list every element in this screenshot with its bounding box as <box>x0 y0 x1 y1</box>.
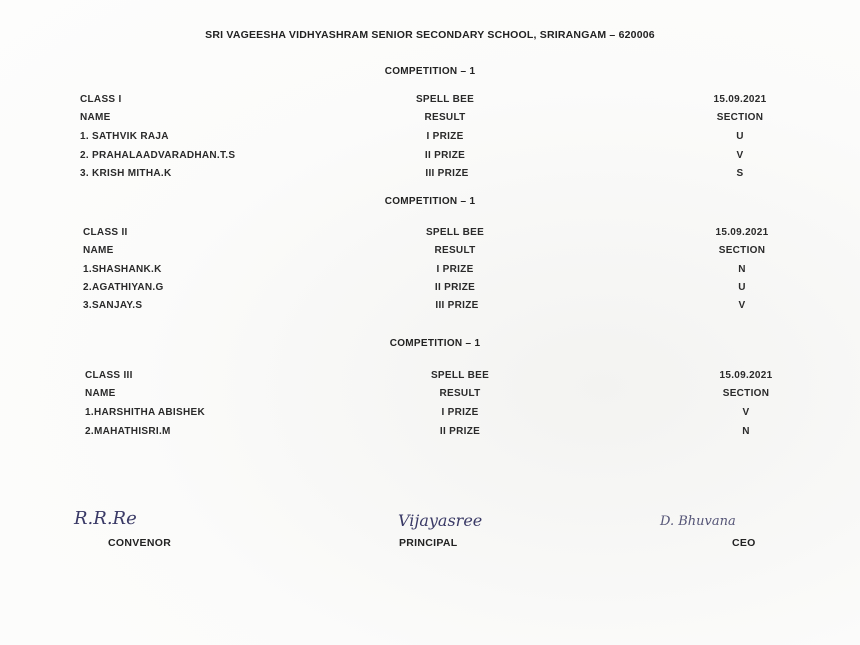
column-header-name: NAME <box>80 112 111 123</box>
column-header-row: NAME RESULT SECTION <box>0 388 860 402</box>
section: U <box>682 282 802 293</box>
section: N <box>682 264 802 275</box>
prize: III PRIZE <box>367 168 527 179</box>
ceo-signature: D. Bhuvana <box>660 514 736 529</box>
result-row: 3. KRISH MITHA.K III PRIZE S <box>0 168 860 182</box>
student-name: 3.SANJAY.S <box>83 300 142 311</box>
prize: I PRIZE <box>365 131 525 142</box>
result-row: 1. SATHVIK RAJA I PRIZE U <box>0 131 860 145</box>
ceo-label: CEO <box>732 537 756 549</box>
result-row: 2.AGATHIYAN.G II PRIZE U <box>0 282 860 296</box>
student-name: 3. KRISH MITHA.K <box>80 168 171 179</box>
section: U <box>680 131 800 142</box>
section: N <box>686 426 806 437</box>
column-header-name: NAME <box>85 388 116 399</box>
result-row: 2.MAHATHISRI.M II PRIZE N <box>0 426 860 440</box>
class-label: CLASS III <box>85 370 133 381</box>
result-row: 1.SHASHANK.K I PRIZE N <box>0 264 860 278</box>
prize: I PRIZE <box>375 264 535 275</box>
column-header-row: NAME RESULT SECTION <box>0 112 860 126</box>
class-info-row: CLASS I SPELL BEE 15.09.2021 <box>0 94 860 108</box>
student-name: 2.MAHATHISRI.M <box>85 426 171 437</box>
section: V <box>682 300 802 311</box>
column-header-result: RESULT <box>380 388 540 399</box>
prize: II PRIZE <box>365 150 525 161</box>
event-label: SPELL BEE <box>375 227 535 238</box>
convenor-signature: R.R.Re <box>74 508 137 529</box>
principal-signature: Vijayasree <box>398 511 482 530</box>
student-name: 1.SHASHANK.K <box>83 264 162 275</box>
class-label: CLASS I <box>80 94 122 105</box>
competition-heading: COMPETITION – 1 <box>0 196 860 207</box>
section: S <box>680 168 800 179</box>
column-header-result: RESULT <box>375 245 535 256</box>
event-date: 15.09.2021 <box>682 227 802 238</box>
student-name: 2. PRAHALAADVARADHAN.T.S <box>80 150 235 161</box>
section: V <box>680 150 800 161</box>
principal-label: PRINCIPAL <box>399 537 458 549</box>
prize: II PRIZE <box>375 282 535 293</box>
section: V <box>686 407 806 418</box>
student-name: 1.HARSHITHA ABISHEK <box>85 407 205 418</box>
competition-heading: COMPETITION – 1 <box>0 338 860 349</box>
convenor-label: CONVENOR <box>108 537 171 549</box>
class-info-row: CLASS III SPELL BEE 15.09.2021 <box>0 370 860 384</box>
event-label: SPELL BEE <box>380 370 540 381</box>
prize: I PRIZE <box>380 407 540 418</box>
column-header-section: SECTION <box>682 245 802 256</box>
column-header-name: NAME <box>83 245 114 256</box>
class-label: CLASS II <box>83 227 128 238</box>
column-header-row: NAME RESULT SECTION <box>0 245 860 259</box>
event-date: 15.09.2021 <box>680 94 800 105</box>
prize: III PRIZE <box>377 300 537 311</box>
document-page: SRI VAGEESHA VIDHYASHRAM SENIOR SECONDAR… <box>0 0 860 645</box>
event-date: 15.09.2021 <box>686 370 806 381</box>
competition-heading: COMPETITION – 1 <box>0 66 860 77</box>
column-header-result: RESULT <box>365 112 525 123</box>
event-label: SPELL BEE <box>365 94 525 105</box>
prize: II PRIZE <box>380 426 540 437</box>
result-row: 2. PRAHALAADVARADHAN.T.S II PRIZE V <box>0 150 860 164</box>
student-name: 1. SATHVIK RAJA <box>80 131 169 142</box>
column-header-section: SECTION <box>686 388 806 399</box>
column-header-section: SECTION <box>680 112 800 123</box>
school-title: SRI VAGEESHA VIDHYASHRAM SENIOR SECONDAR… <box>0 29 860 41</box>
result-row: 3.SANJAY.S III PRIZE V <box>0 300 860 314</box>
class-info-row: CLASS II SPELL BEE 15.09.2021 <box>0 227 860 241</box>
student-name: 2.AGATHIYAN.G <box>83 282 164 293</box>
result-row: 1.HARSHITHA ABISHEK I PRIZE V <box>0 407 860 421</box>
